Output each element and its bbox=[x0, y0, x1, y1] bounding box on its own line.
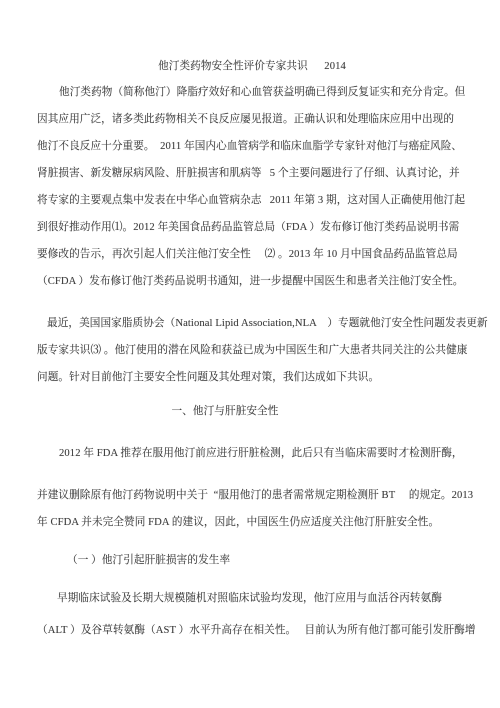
text-line: 他汀类药物（简称他汀）降脂疗效好和心血管获益明确已得到反复证实和充分肯定。但 bbox=[37, 79, 467, 106]
text-line: 最近，美国国家脂质协会（National Lipid Association,N… bbox=[37, 310, 467, 337]
section-heading-liver-safety: 一、他汀与肝脏安全性 bbox=[0, 398, 450, 425]
text-line: 要修改的告示，再次引起人们关注他汀安全性 ⑵ 。2013 年 10 月中国食品药… bbox=[37, 241, 467, 268]
text-line: 问题。针对目前他汀主要安全性问题及其处理对策，我们达成如下共识。 bbox=[37, 364, 467, 391]
text-line: 2012 年 FDA 推荐在服用他汀前应进行肝脏检测，此后只有当临床需要时才检测… bbox=[37, 440, 467, 467]
paragraph-cfda-position: 并建议删除原有他汀药物说明中关于 “服用他汀的患者需常规定期检测肝 BT 的规定… bbox=[37, 482, 467, 536]
text-line: 因其应用广泛，诸多类此药物相关不良反应屡见报道。正确认识和处理临床应用中出现的 bbox=[37, 106, 467, 133]
text-line: 早期临床试验及长期大规模随机对照临床试验均发现，他汀应用与血活谷丙转氨酶 bbox=[37, 583, 467, 615]
text-line: 到很好推动作用⑴。2012 年美国食品药品监管总局（FDA ）发布修订他汀类药品… bbox=[37, 214, 467, 241]
text-line: （CFDA ）发布修订他汀类药品说明书通知，进一步提醒中国医生和患者关注他汀安全… bbox=[37, 268, 467, 295]
document-title: 他汀类药物安全性评价专家共识 2014 bbox=[37, 53, 467, 80]
text-line: 肾脏损害、新发糖尿病风险、肝脏损害和肌病等 5 个主要问题进行了仔细、认真讨论，… bbox=[37, 160, 467, 187]
text-line: 将专家的主要观点集中发表在中华心血管病杂志 2011 年第 3 期，这对国人正确… bbox=[37, 187, 467, 214]
paragraph-clinical-trials: 早期临床试验及长期大规模随机对照临床试验均发现，他汀应用与血活谷丙转氨酶 （AL… bbox=[37, 583, 467, 647]
title-text: 他汀类药物安全性评价专家共识 2014 bbox=[37, 53, 467, 80]
text-line: （ALT ）及谷草转氨酶（AST ）水平升高存在相关性。 目前认为所有他汀都可能… bbox=[37, 615, 467, 647]
text-line: 版专家共识⑶ 。他汀使用的潜在风险和获益已成为中国医生和广大患者共同关注的公共健… bbox=[37, 337, 467, 364]
heading-text: 一、他汀与肝脏安全性 bbox=[0, 398, 450, 425]
document-page: 他汀类药物安全性评价专家共识 2014 他汀类药物（简称他汀）降脂疗效好和心血管… bbox=[0, 0, 500, 708]
text-line: 他汀不良反应十分重要。 2011 年国内心血管病学和临床血脂学专家针对他汀与癌症… bbox=[37, 133, 467, 160]
text-line: 并建议删除原有他汀药物说明中关于 “服用他汀的患者需常规定期检测肝 BT 的规定… bbox=[37, 482, 467, 509]
paragraph-fda-recommendation: 2012 年 FDA 推荐在服用他汀前应进行肝脏检测，此后只有当临床需要时才检测… bbox=[37, 440, 467, 467]
text-line: 年 CFDA 并未完全赞同 FDA 的建议，因此，中国医生仍应适度关注他汀肝脏安… bbox=[37, 509, 467, 536]
subsection-heading-liver-injury-incidence: （一 ）他汀引起肝脏损害的发生率 bbox=[37, 547, 467, 574]
heading-text: （一 ）他汀引起肝脏损害的发生率 bbox=[67, 547, 467, 574]
paragraph-nla-consensus: 最近，美国国家脂质协会（National Lipid Association,N… bbox=[37, 310, 467, 391]
paragraph-intro: 他汀类药物（简称他汀）降脂疗效好和心血管获益明确已得到反复证实和充分肯定。但 因… bbox=[37, 79, 467, 295]
